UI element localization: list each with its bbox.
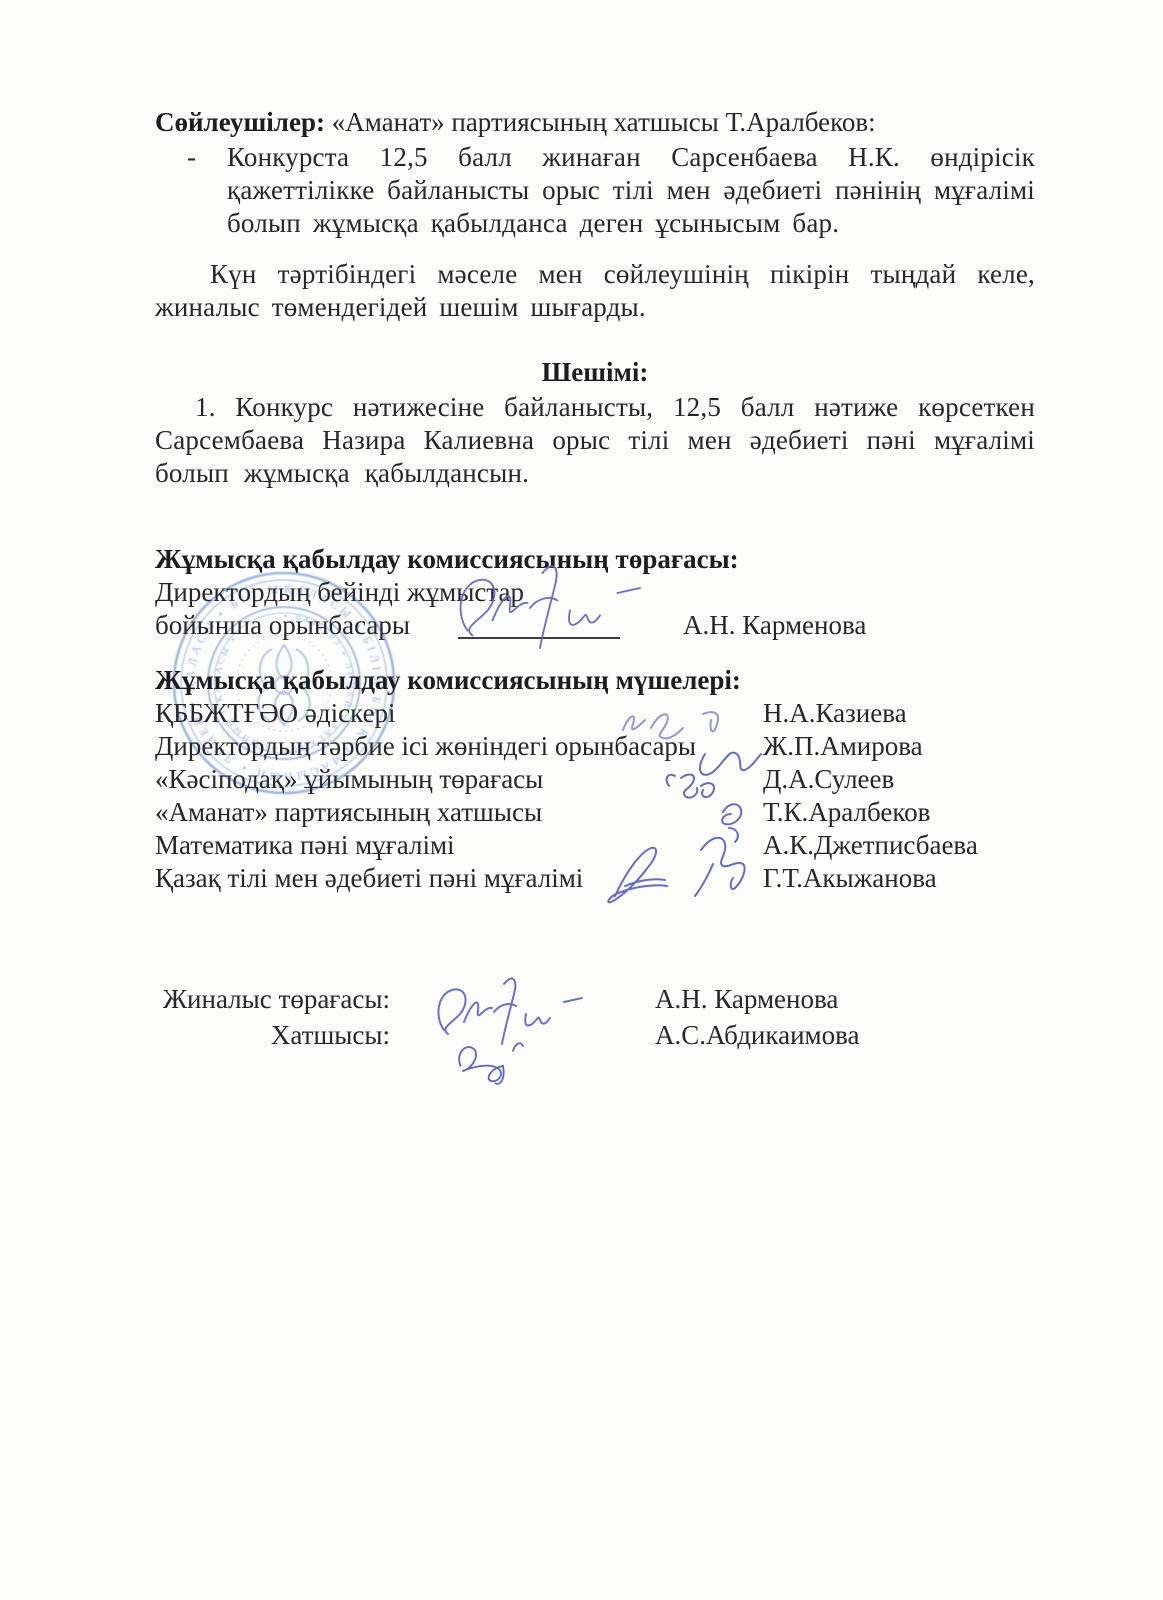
closing-chairman-label: Жиналыс төрағасы:: [155, 983, 390, 1016]
member-role: ҚББЖТҒӘО әдіскері: [155, 698, 396, 728]
closing-secretary-label: Хатшысы:: [155, 1019, 390, 1052]
chairman-signature: [445, 558, 655, 658]
member-role: Математика пәні мұғалімі: [155, 830, 455, 860]
speakers-label: Сөйлеушілер:: [155, 107, 325, 137]
member-name: Д.А.Сулеев: [763, 763, 894, 796]
agenda-paragraph: Күн тәртібіндегі мәселе мен сөйлеушінің …: [155, 258, 1035, 324]
chairman-name: А.Н. Карменова: [683, 609, 866, 642]
closing-secretary-row: Хатшысы: А.С.Абдикаимова: [155, 1019, 1055, 1055]
closing-chairman-row: Жиналыс төрағасы: А.Н. Карменова: [155, 983, 1055, 1019]
member-role: «Аманат» партиясының хатшысы: [155, 797, 542, 827]
member-role: «Кәсіподақ» ұйымының төрағасы: [155, 764, 543, 794]
member-name: Ж.П.Амирова: [763, 730, 923, 763]
scanned-document-page: ҚАЛАСЫ • БІЛІМ БАСҚАРМАСЫНЫҢ • ЛИЦЕЙ • Қ…: [0, 0, 1163, 1600]
closing-chairman-name: А.Н. Карменова: [655, 983, 838, 1016]
proposal-text: Конкурста 12,5 балл жинаған Сарсенбаева …: [227, 141, 1035, 240]
bullet-dash: -: [185, 141, 227, 240]
member-name: Н.А.Казиева: [763, 697, 907, 730]
speakers-block: Сөйлеушілер: «Аманат» партиясының хатшыс…: [155, 106, 1035, 240]
member-name: А.К.Джетписбаева: [763, 829, 978, 862]
speakers-intro: «Аманат» партиясының хатшысы Т.Аралбеков…: [325, 107, 876, 137]
member-name: Т.К.Аралбеков: [763, 796, 930, 829]
member-name: Г.Т.Акыжанова: [763, 862, 937, 895]
proposal-bullet: - Конкурста 12,5 балл жинаған Сарсенбаев…: [185, 141, 1035, 240]
members-signatures: [585, 690, 765, 905]
decision-paragraph: 1. Конкурс нәтижесіне байланысты, 12,5 б…: [155, 391, 1035, 490]
closing-secretary-signature: [448, 1030, 548, 1088]
member-role: Қазақ тілі мен әдебиеті пәні мұғалімі: [155, 863, 583, 893]
closing-secretary-name: А.С.Абдикаимова: [655, 1019, 860, 1052]
closing-block: Жиналыс төрағасы: А.Н. Карменова Хатшысы…: [155, 983, 1055, 1055]
chairman-line2: бойынша орынбасары: [155, 610, 410, 640]
speakers-line: Сөйлеушілер: «Аманат» партиясының хатшыс…: [155, 106, 1035, 139]
decision-heading: Шешімі:: [155, 356, 1035, 389]
